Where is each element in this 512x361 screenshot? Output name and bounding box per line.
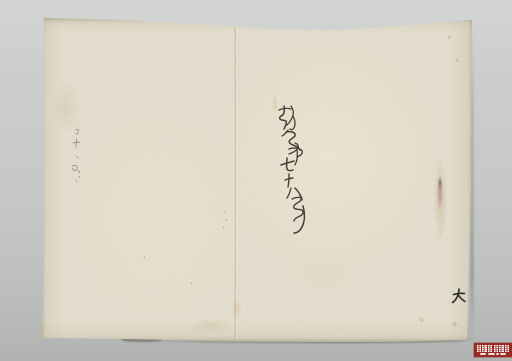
stain-freckle [447, 35, 452, 40]
stamp-word [496, 353, 499, 355]
scan-background: 勅令第七十八号 大 [0, 0, 512, 361]
stamp-japanese-text: 国立公文書館 [474, 343, 512, 352]
stamp-word [500, 353, 506, 355]
inscription-text: 勅令第七十八号 [40, 17, 41, 18]
stamp-glyph [477, 345, 481, 352]
stain-streak-top [271, 89, 279, 117]
stamp-word [480, 353, 487, 355]
stamp-glyph [482, 345, 486, 352]
paper-highlight [287, 247, 357, 297]
center-fold-crease [234, 17, 238, 343]
stain-bottom [183, 316, 237, 336]
stain-spot [450, 320, 459, 328]
stamp-glyph [488, 345, 492, 352]
stamp-word [488, 353, 496, 355]
stamp-glyph [505, 345, 509, 352]
document-page: 勅令第七十八号 大 [40, 17, 474, 343]
stamp-english-text: National Archives of Japan [474, 353, 512, 355]
corner-mark-text: 大 [40, 17, 41, 18]
archives-stamp: 国立公文書館 National Archives of Japan [474, 343, 512, 357]
stain-soft-topleft [46, 75, 84, 139]
stain-freckle [455, 58, 460, 63]
stain-spot [417, 316, 426, 324]
stamp-glyph [499, 345, 503, 352]
stain-fold-bottom [230, 296, 243, 322]
stain-purple-core [437, 174, 443, 192]
stamp-glyph [494, 345, 498, 352]
